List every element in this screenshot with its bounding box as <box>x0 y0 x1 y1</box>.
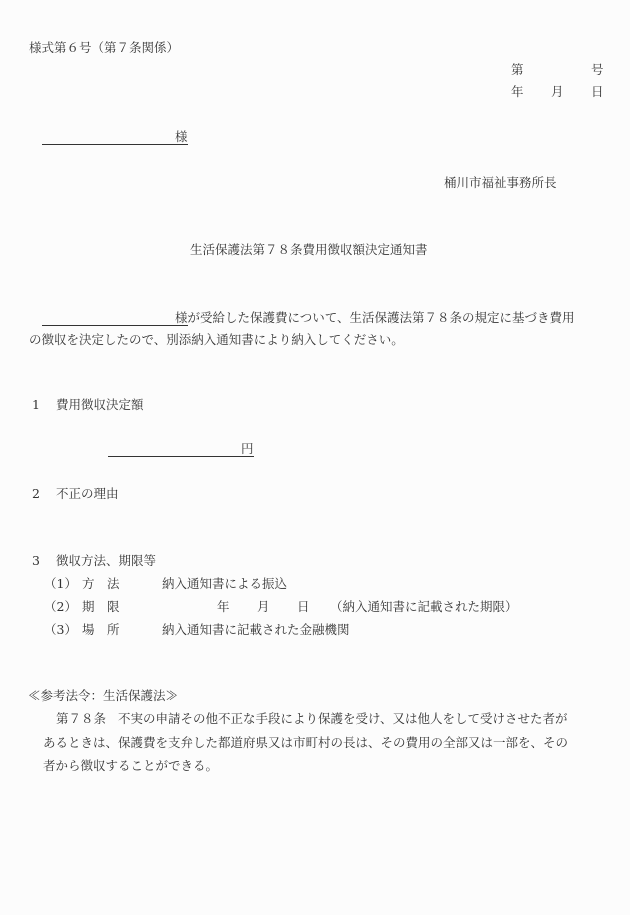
deadline-month-label: 月 <box>257 599 270 615</box>
body-line-2: の徴収を決定したので、別添納入通知書により納入してください。 <box>29 332 404 348</box>
reference-heading: ≪参考法令：生活保護法≫ <box>28 688 178 704</box>
item-2-key: 期 限 <box>82 599 120 615</box>
amount-unit: 円 <box>241 441 254 457</box>
body-line-1: 様が受給した保護費について、生活保護法第７８条の規定に基づき費用 <box>42 310 575 326</box>
addressee-honorific: 様 <box>175 129 188 145</box>
item-3-number: （3） <box>44 622 77 638</box>
section-3-label: 徴収方法、期限等 <box>56 553 156 569</box>
addressee-line: 様 <box>42 129 188 145</box>
date-month-label: 月 <box>551 84 564 100</box>
deadline-note: （納入通知書に記載された期限） <box>330 599 518 615</box>
amount-blank[interactable] <box>108 441 241 457</box>
addressee-name-blank[interactable] <box>42 129 175 145</box>
form-number: 様式第６号（第７条関係） <box>29 40 179 56</box>
recipient-name-blank[interactable] <box>42 310 175 326</box>
reference-article: 第７８条 <box>56 711 106 726</box>
item-3-key: 場 所 <box>82 622 120 638</box>
item-1-value: 納入通知書による振込 <box>162 576 287 592</box>
issuer: 桶川市福祉事務所長 <box>444 175 557 191</box>
reference-line-1: 第７８条不実の申請その他不正な手段により保護を受け、又は他人をして受けさせた者が <box>56 711 568 727</box>
amount-line: 円 <box>108 441 254 457</box>
date-year-label: 年 <box>511 84 524 100</box>
item-1-key: 方 法 <box>82 576 120 592</box>
doc-number-prefix: 第 <box>511 62 524 78</box>
section-1-number: 1 <box>32 397 40 413</box>
doc-number-suffix: 号 <box>591 62 604 78</box>
section-3-number: 3 <box>32 553 40 569</box>
body-line-1-text: が受給した保護費について、生活保護法第７８条の規定に基づき費用 <box>188 310 575 325</box>
section-1-label: 費用徴収決定額 <box>56 397 144 413</box>
document-title: 生活保護法第７８条費用徴収額決定通知書 <box>190 242 428 258</box>
reference-line-3: 者から徴収することができる。 <box>43 758 218 774</box>
section-2-number: 2 <box>32 486 40 502</box>
deadline-year-label: 年 <box>217 599 230 615</box>
item-1-number: （1） <box>44 576 77 592</box>
section-2-label: 不正の理由 <box>56 486 119 502</box>
item-3-value: 納入通知書に記載された金融機関 <box>162 622 350 638</box>
recipient-honorific: 様 <box>175 310 188 326</box>
reference-line-1-text: 不実の申請その他不正な手段により保護を受け、又は他人をして受けさせた者が <box>118 711 568 726</box>
date-day-label: 日 <box>591 84 604 100</box>
deadline-day-label: 日 <box>297 599 310 615</box>
item-2-number: （2） <box>44 599 77 615</box>
reference-line-2: あるときは、保護費を支弁した都道府県又は市町村の長は、その費用の全部又は一部を、… <box>43 735 568 751</box>
